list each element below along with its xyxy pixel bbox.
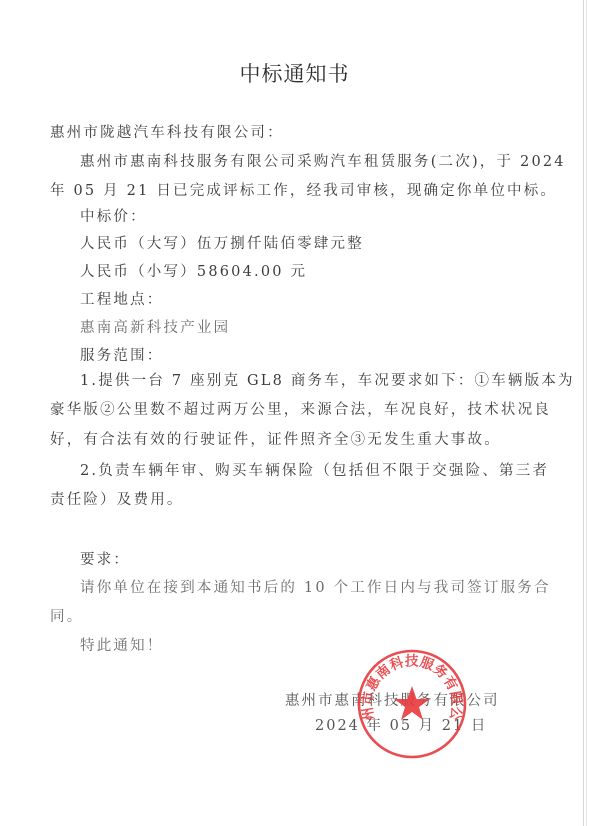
document-title: 中标通知书 — [0, 58, 589, 88]
requirements-line-2: 同。 — [50, 605, 83, 626]
project-location-label: 工程地点： — [80, 288, 164, 309]
scan-edge-line — [586, 0, 587, 826]
service-item-1-line-1: 1.提供一台 7 座别克 GL8 商务车，车况要求如下：①车辆版本为 — [80, 369, 575, 390]
requirements-line-1: 请你单位在接到本通知书后的 10 个工作日内与我司签订服务合 — [80, 576, 551, 597]
bid-price-label: 中标价： — [80, 205, 147, 226]
service-item-1-line-2: 豪华版②公里数不超过两万公里，来源合法，车况良好，技术状况良 — [50, 398, 551, 419]
closing-remark: 特此通知！ — [80, 634, 164, 655]
bid-price-uppercase: 人民币（大写）伍万捌仟陆佰零肆元整 — [80, 232, 364, 253]
project-location: 惠南高新科技产业园 — [80, 316, 230, 337]
service-item-2-line-1: 2.负责车辆年审、购买车辆保险（包括但不限于交强险、第三者 — [80, 459, 549, 480]
scan-edge-line — [583, 0, 584, 826]
service-item-2-line-2: 责任险）及费用。 — [50, 488, 184, 509]
service-scope-label: 服务范围： — [80, 344, 164, 365]
service-item-1-line-3: 好，有合法有效的行驶证件，证件照齐全③无发生重大事故。 — [50, 428, 501, 449]
recipient: 惠州市陇越汽车科技有限公司： — [50, 121, 284, 142]
requirements-label: 要求： — [80, 548, 130, 569]
intro-line-1: 惠州市惠南科技服务有限公司采购汽车租赁服务(二次)，于 2024 — [80, 150, 566, 171]
bid-price-lowercase: 人民币（小写）58604.00 元 — [80, 260, 307, 281]
document-page: 中标通知书 惠州市陇越汽车科技有限公司： 惠州市惠南科技服务有限公司采购汽车租赁… — [0, 0, 589, 826]
company-seal-icon: 惠州市惠南科技服务有限公司 — [356, 648, 468, 760]
intro-line-2: 年 05 月 21 日已完成评标工作，经我司审核，现确定你单位中标。 — [50, 179, 557, 200]
